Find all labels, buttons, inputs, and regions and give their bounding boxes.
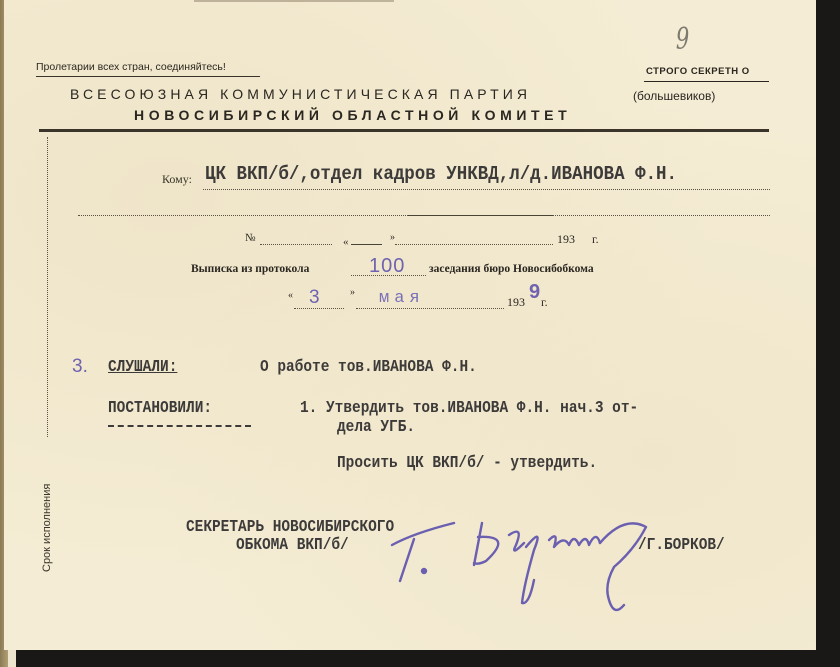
number-label: № [245,232,256,244]
resolution-line-1: 1. Утвердить тов.ИВАНОВА Ф.Н. нач.3 от- [300,399,638,418]
meeting-month: мая [379,289,425,308]
protocol-number: 100 [369,255,405,278]
number-quote-open: « [343,236,349,248]
meeting-year-digit: 9 [529,281,540,304]
party-name: ВСЕСОЮЗНАЯ КОММУНИСТИЧЕСКАЯ ПАРТИЯ [70,86,531,102]
party-suffix: (большевиков) [633,89,715,103]
date-quote-open: « [288,290,293,301]
decided-label: ПОСТАНОВИЛИ: [108,399,212,418]
date-month-blank [356,308,504,309]
number-year: 193 [557,232,575,247]
deadline-margin-label: Срок исполнения [41,484,53,572]
resolution-line-3: Просить ЦК ВКП/б/ - утвердить. [337,454,597,473]
heard-text: О работе тов.ИВАНОВА Ф.Н. [260,358,477,377]
recipient-second-line-solid [408,215,553,216]
classification-label: СТРОГО СЕКРЕТН О [646,66,750,77]
committee-name: НОВОСИБИРСКИЙ ОБЛАСТНОЙ КОМИТЕТ [134,107,571,123]
party-motto: Пролетарии всех стран, соединяйтесь! [36,61,226,73]
resolution-line-2: дела УГБ. [337,418,415,437]
number-month-blank [395,244,553,245]
handwritten-signature-icon [374,505,694,620]
top-shadow [194,0,394,2]
margin-dotted-line [47,137,48,437]
classification-underline [644,81,769,82]
decided-underline [108,425,251,427]
recipient-underline [203,189,770,190]
folio-number: 9 [676,22,689,57]
meeting-year-prefix: 193 [507,295,525,310]
signatory-title-line-2: ОБКОМА ВКП/б/ [236,536,349,555]
number-year-suffix: г. [592,232,599,247]
protocol-suffix: заседания бюро Новосибобкома [429,263,594,275]
meeting-year-suffix: г. [541,295,548,310]
paper-tab [8,650,16,667]
signatory-title-line-1: СЕКРЕТАРЬ НОВОСИБИРСКОГО [186,518,394,537]
number-blank [260,244,332,245]
meeting-day: 3 [309,287,320,309]
heard-label: СЛУШАЛИ: [108,358,177,377]
number-day-blank [351,244,382,245]
date-quote-close: » [350,287,355,298]
protocol-prefix: Выписка из протокола [191,263,309,275]
number-quote-close: » [390,232,395,243]
agenda-item-number: 3. [72,356,88,378]
recipient-label: Кому: [162,172,192,187]
document-sheet: 9 Пролетарии всех стран, соединяйтесь! С… [4,0,816,650]
header-divider [39,129,769,132]
motto-underline [36,76,260,77]
recipient-value: ЦК ВКП/б/,отдел кадров УНКВД,л/д.ИВАНОВА… [205,163,677,185]
